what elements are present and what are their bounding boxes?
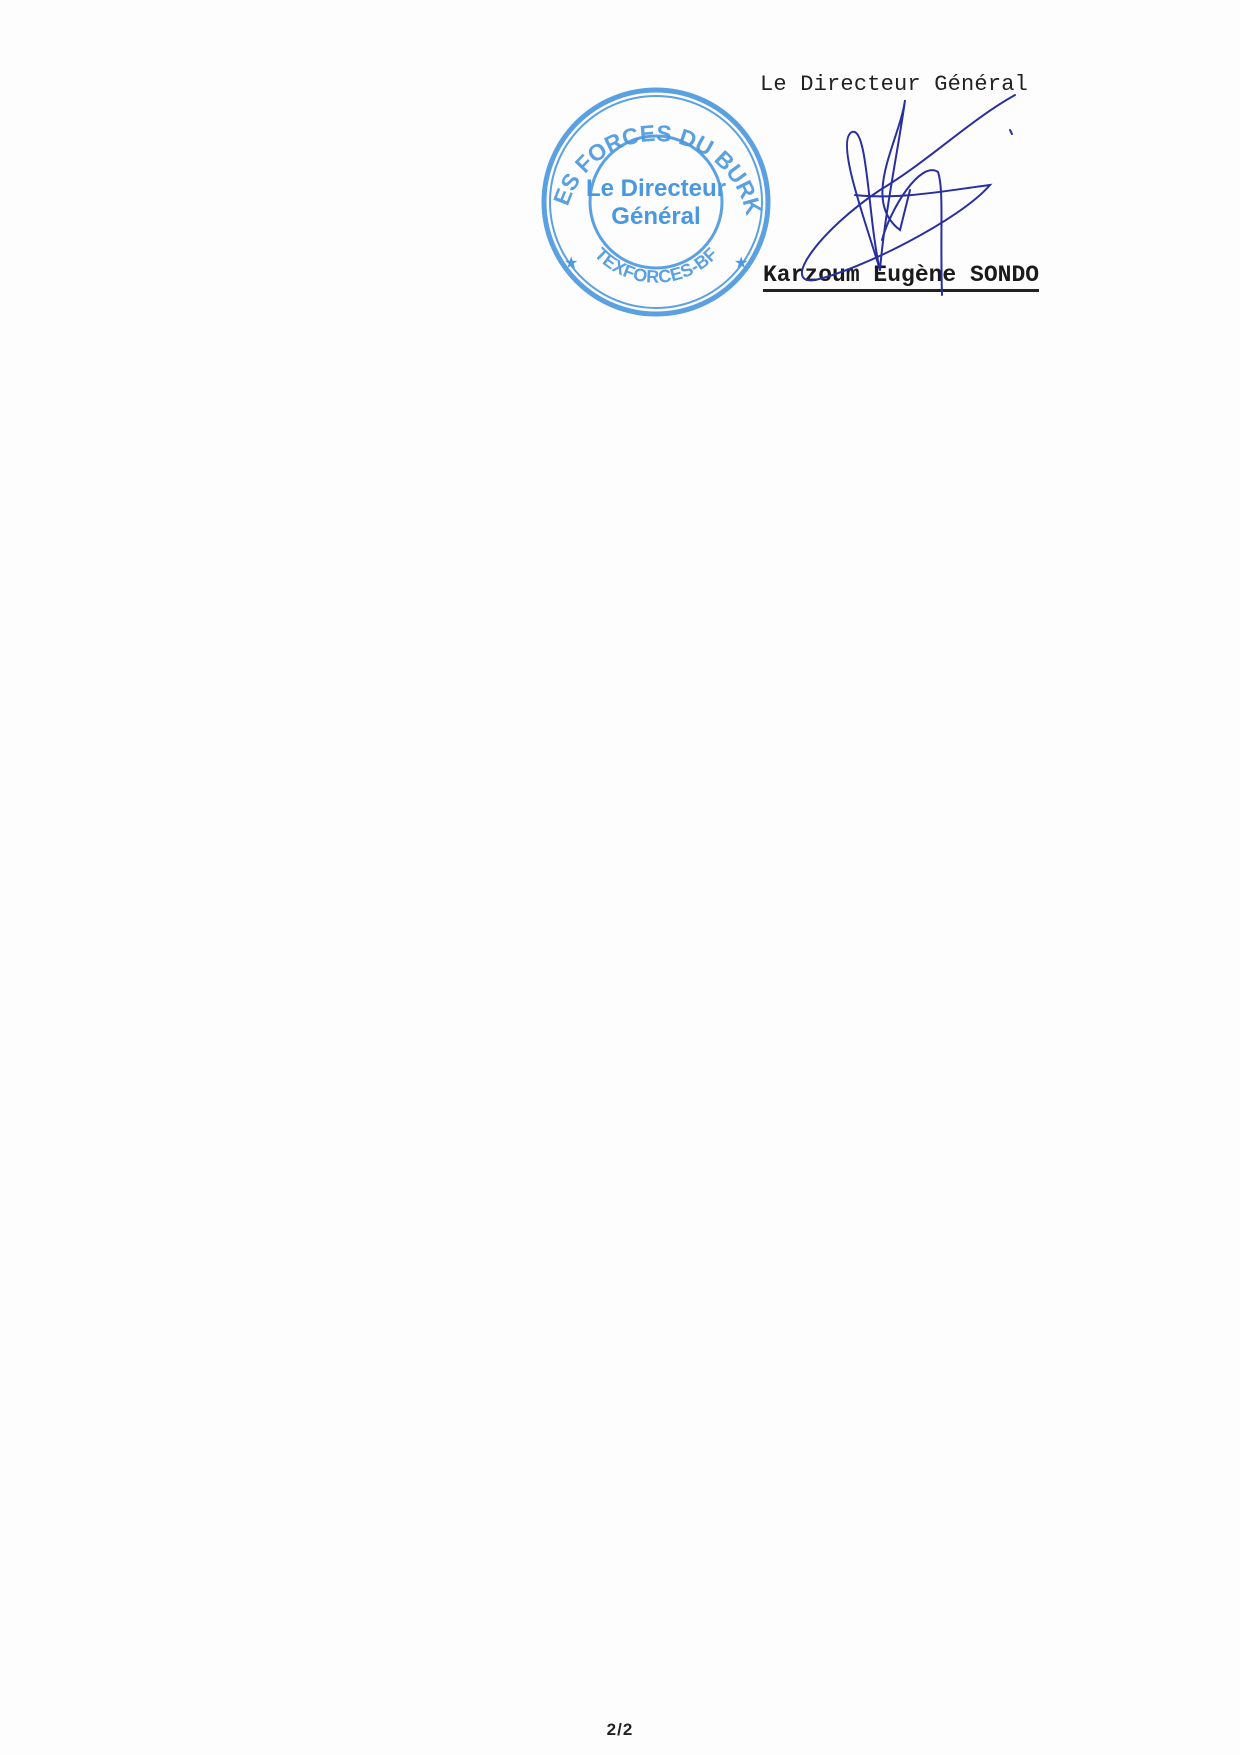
stamp-bottom-text: TEXFORCES-BF: [591, 244, 721, 287]
stamp-center-line2: Général: [611, 203, 700, 230]
svg-text:★: ★: [564, 255, 578, 272]
page-number: 2/2: [0, 1720, 1240, 1740]
svg-text:TEXFORCES-BF: TEXFORCES-BF: [591, 244, 721, 287]
stamp-center-line1: Le Directeur: [586, 175, 726, 202]
svg-text:★: ★: [734, 255, 748, 272]
official-stamp: TEXTILE DES FORCES DU BURKINA FASO TEXFO…: [536, 82, 776, 322]
handwritten-signature: [760, 80, 1060, 300]
